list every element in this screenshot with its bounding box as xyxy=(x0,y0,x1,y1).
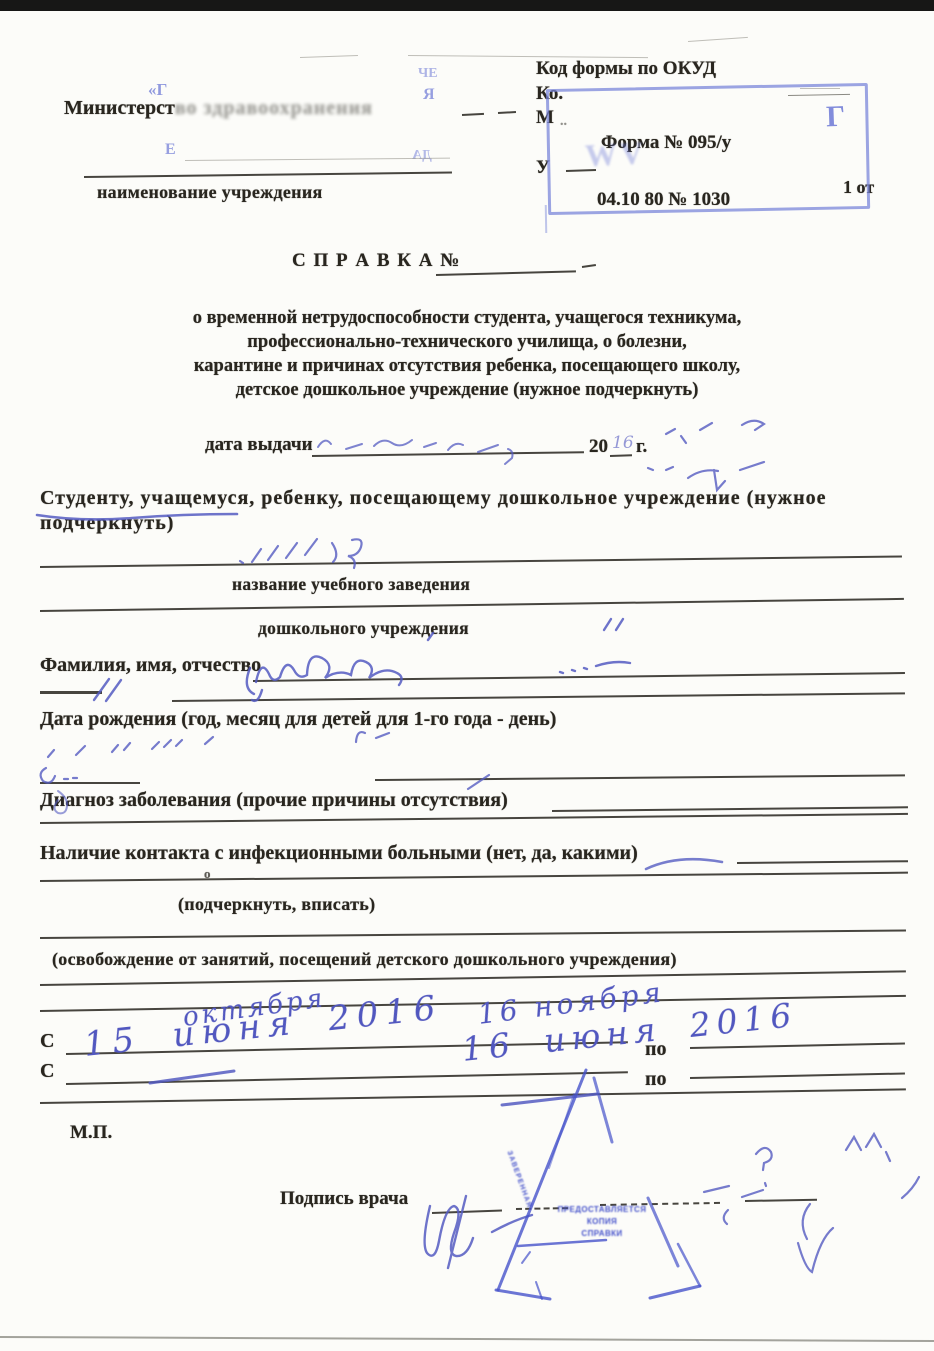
handwritten-marks-right-of-date xyxy=(648,421,764,490)
issue-year-line xyxy=(610,454,632,457)
scan-edge-bottom xyxy=(0,1336,934,1342)
stamp-letter-g: Г xyxy=(825,100,845,135)
infectious-contact-label: Наличие контакта с инфекционными больным… xyxy=(40,842,638,865)
preschool-name-line xyxy=(40,598,904,612)
ministry-faded-part: во здравоохранения xyxy=(175,97,373,119)
stamp-text-line-1: ПРЕДОСТАВЛЯЕТСЯ xyxy=(540,1204,664,1216)
ruling-line xyxy=(375,774,905,781)
faded-stamp-line xyxy=(688,37,748,42)
stamp-text-line-2: КОПИЯ xyxy=(540,1216,664,1228)
ruling-line xyxy=(40,929,906,939)
scan-edge-top xyxy=(0,0,934,11)
full-name-label: Фамилия, имя, отчество xyxy=(40,654,261,677)
underline-note-caption: (подчеркнуть, вписать) xyxy=(178,894,375,915)
subtitle-line-4: детское дошкольное учреждение (нужное по… xyxy=(0,380,934,401)
issue-year-suffix: г. xyxy=(636,436,647,458)
subtitle-line-3: карантине и причинах отсутствия ребенка,… xyxy=(0,356,934,377)
ruling-line xyxy=(40,813,908,824)
exemption-note-caption: (освобождение от занятий, посещений детс… xyxy=(52,949,677,970)
period-from-line-2 xyxy=(66,1071,628,1085)
birth-date-label: Дата рождения (год, месяц для детей для … xyxy=(40,708,556,731)
institution-caption: наименование учреждения xyxy=(97,182,323,203)
school-name-caption: название учебного заведения xyxy=(232,574,470,595)
stamp-fragment-letter: ДА xyxy=(412,148,432,164)
preschool-name-caption: дошкольного учреждения xyxy=(258,618,469,639)
diagnosis-label: Диагноз заболевания (прочие причины отсу… xyxy=(40,789,508,812)
ministry-name: Министерство здравоохранения xyxy=(64,97,373,120)
period-to-line-1 xyxy=(690,1042,905,1049)
rectangular-stamp-outline xyxy=(546,83,870,215)
signature-line-segment xyxy=(745,1199,817,1202)
stamp-fragment-letter: ЧЕ xyxy=(418,66,438,82)
subtitle-line-1: о временной нетрудоспособности студента,… xyxy=(0,308,934,329)
ministry-clear-part: Министерст xyxy=(64,97,175,119)
issue-date-label: дата выдачи xyxy=(205,434,313,456)
period-from-label-1: С xyxy=(40,1030,54,1053)
scanned-medical-certificate-form-095u: Министерство здравоохранения «Г Е ЧЕ Я Д… xyxy=(0,0,934,1351)
faded-dash xyxy=(462,113,484,116)
period-from-label-2: С xyxy=(40,1060,54,1083)
school-name-line xyxy=(40,555,902,568)
signature-line-segment xyxy=(432,1210,502,1214)
handwritten-year: 16 xyxy=(612,433,634,453)
stamp-fragment-letter: Е xyxy=(165,141,176,159)
stamp-text-line-3: СПРАВКИ xyxy=(540,1228,664,1240)
triangular-stamp-text: ПРЕДОСТАВЛЯЕТСЯ КОПИЯ СПРАВКИ xyxy=(540,1204,664,1240)
diagnosis-line xyxy=(552,806,908,812)
okud-code-label: Код формы по ОКУД xyxy=(536,58,716,80)
period-to-line-2 xyxy=(690,1072,905,1079)
ruling-stub xyxy=(40,782,140,784)
handwritten-marks-right-of-signature xyxy=(704,1134,919,1272)
rectangular-stamp-edge xyxy=(545,205,547,233)
triangular-stamp-side-text: ЗАВЕРЕННАЯ xyxy=(505,1150,532,1209)
stamp-fragment-letter: «Г xyxy=(148,80,167,100)
addressee-line-1: Студенту, учащемуся, ребенку, посещающем… xyxy=(40,487,826,510)
faded-stamp-line xyxy=(300,55,358,58)
issue-date-line xyxy=(312,451,584,457)
issue-year-prefix: 20 xyxy=(589,436,608,458)
subtitle-line-2: профессионально-технического училища, о … xyxy=(0,332,934,353)
certificate-number-tick xyxy=(582,264,596,268)
doctor-signature-label: Подпись врача xyxy=(280,1188,408,1210)
seal-place-label: М.П. xyxy=(70,1122,112,1144)
contact-line xyxy=(737,860,908,864)
handwritten-underline-net xyxy=(646,859,722,869)
ruling-line xyxy=(40,970,906,986)
period-to-label-2: по xyxy=(645,1068,667,1091)
triangular-stamp-outline xyxy=(496,1070,700,1299)
full-name-line xyxy=(253,672,905,682)
ruling-line xyxy=(172,692,905,702)
doctor-signature-scribble xyxy=(425,1196,532,1268)
ruling-stub xyxy=(40,691,102,694)
certificate-title: С П Р А В К А № xyxy=(292,250,461,272)
stamp-fragment-letter: Я xyxy=(423,86,435,104)
faded-stamp-line xyxy=(185,158,450,161)
faded-dash xyxy=(498,111,516,114)
ruling-line xyxy=(40,872,908,882)
ruling-line xyxy=(40,1088,906,1104)
institution-name-line xyxy=(84,172,452,178)
addressee-line-2: подчеркнуть) xyxy=(40,512,174,535)
